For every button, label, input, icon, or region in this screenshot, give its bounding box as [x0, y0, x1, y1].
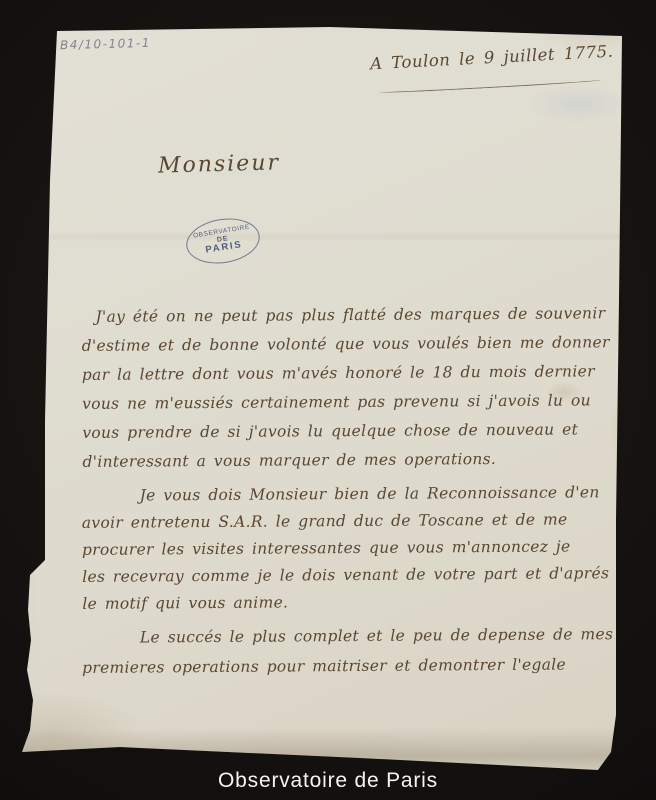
dateline-flourish: [378, 78, 602, 94]
paragraph-1: J'ay été on ne peut pas plus flatté des …: [81, 299, 622, 477]
manuscript-line: avoir entretenu S.A.R. le grand duc de T…: [82, 506, 622, 537]
paragraph-3: Le succés le plus complet et le peu de d…: [82, 619, 622, 683]
stamp-text-bottom: PARIS: [205, 240, 244, 256]
archive-caption: Observatoire de Paris: [0, 769, 656, 793]
manuscript-line: procurer les visites interessantes que v…: [82, 533, 622, 564]
letter-salutation: Monsieur: [158, 150, 281, 178]
manuscript-line: J'ay été on ne peut pas plus flatté des …: [81, 299, 621, 332]
manuscript-line: par la lettre dont vous m'avés honoré le…: [82, 357, 622, 390]
manuscript-line: d'interessant a vous marquer de mes oper…: [82, 444, 622, 477]
letter-page: B4/10-101-1 A Toulon le 9 juillet 1775. …: [0, 0, 656, 800]
catalog-number: B4/10-101-1: [60, 36, 151, 52]
paragraph-2: Je vous dois Monsieur bien de la Reconno…: [82, 479, 623, 618]
observatory-oval-stamp: OBSERVATOIRE DE PARIS: [183, 213, 263, 268]
manuscript-line: premieres operations pour maitriser et d…: [82, 649, 622, 683]
manuscript-line: Le succés le plus complet et le peu de d…: [82, 619, 622, 653]
manuscript-line: les recevray comme je le dois venant de …: [82, 560, 622, 591]
photo-background: B4/10-101-1 A Toulon le 9 juillet 1775. …: [0, 0, 656, 800]
manuscript-line: d'estime et de bonne volonté que vous vo…: [82, 328, 622, 361]
manuscript-line: vous ne m'eussiés certainement pas preve…: [82, 386, 622, 419]
manuscript-line: vous prendre de si j'avois lu quelque ch…: [82, 415, 622, 448]
manuscript-line: Je vous dois Monsieur bien de la Reconno…: [82, 479, 622, 510]
letter-dateline: A Toulon le 9 juillet 1775.: [370, 42, 614, 74]
manuscript-line: le motif qui vous anime.: [82, 587, 622, 618]
